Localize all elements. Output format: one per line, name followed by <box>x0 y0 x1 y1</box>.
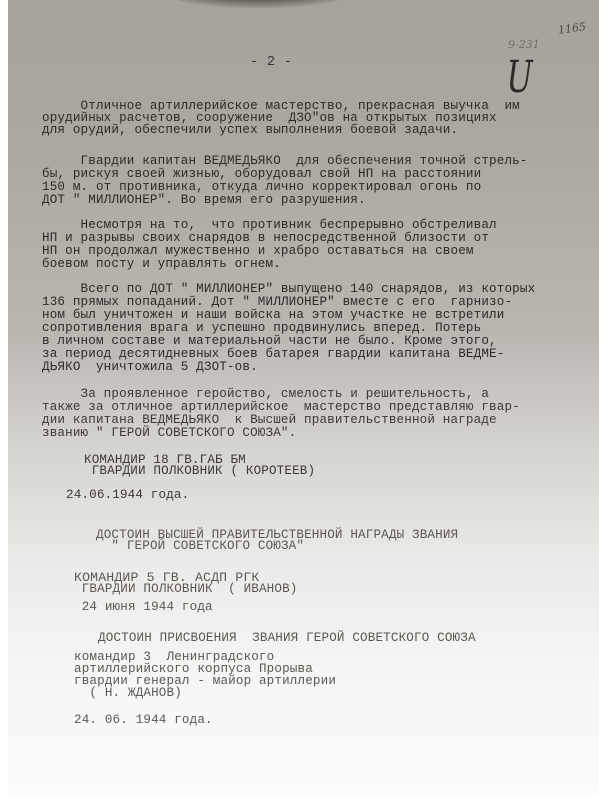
scan-shadow <box>158 0 358 8</box>
page-number: - 2 - <box>250 54 292 70</box>
handwritten-mark: U <box>507 52 529 103</box>
signer-name: ГВАРДИИ ПОЛКОВНИК ( ИВАНОВ) <box>74 583 298 596</box>
resolution-text: " ГЕРОЙ СОВЕТСКОГО СОЮЗА" <box>96 540 304 553</box>
handwritten-archive-number: 1165 <box>557 20 587 37</box>
text-line: для орудий, обеспечили успех выполнения … <box>42 124 458 137</box>
signer-name: ( Н. ЖДАНОВ) <box>74 687 182 700</box>
document-page: - 2 - 1165 9-231 U Отличное артиллерийск… <box>8 0 599 795</box>
text-line: боевом посту и управлять огнем. <box>42 258 281 271</box>
signer-name: ГВАРДИИ ПОЛКОВНИК ( КОРОТЕЕВ) <box>84 465 315 478</box>
text-line: ДЬЯКО уничтожила 5 ДЗОТ-ов. <box>42 361 258 374</box>
signature-date-1: 24.06.1944 года. <box>66 489 189 502</box>
handwritten-reference: 9-231 <box>508 38 540 51</box>
resolution-corps-commander: ДОСТОИН ПРИСВОЕНИЯ ЗВАНИЯ ГЕРОЙ СОВЕТСКО… <box>98 632 476 645</box>
signature-date-2: 24 июня 1944 года <box>74 601 213 614</box>
text-line: ДОТ " МИЛЛИОНЕР". Во время его разрушени… <box>42 194 366 207</box>
text-line: званию " ГЕРОЙ СОВЕТСКОГО СОЮЗА". <box>42 427 296 440</box>
signature-date-3: 24. 06. 1944 года. <box>74 714 213 727</box>
